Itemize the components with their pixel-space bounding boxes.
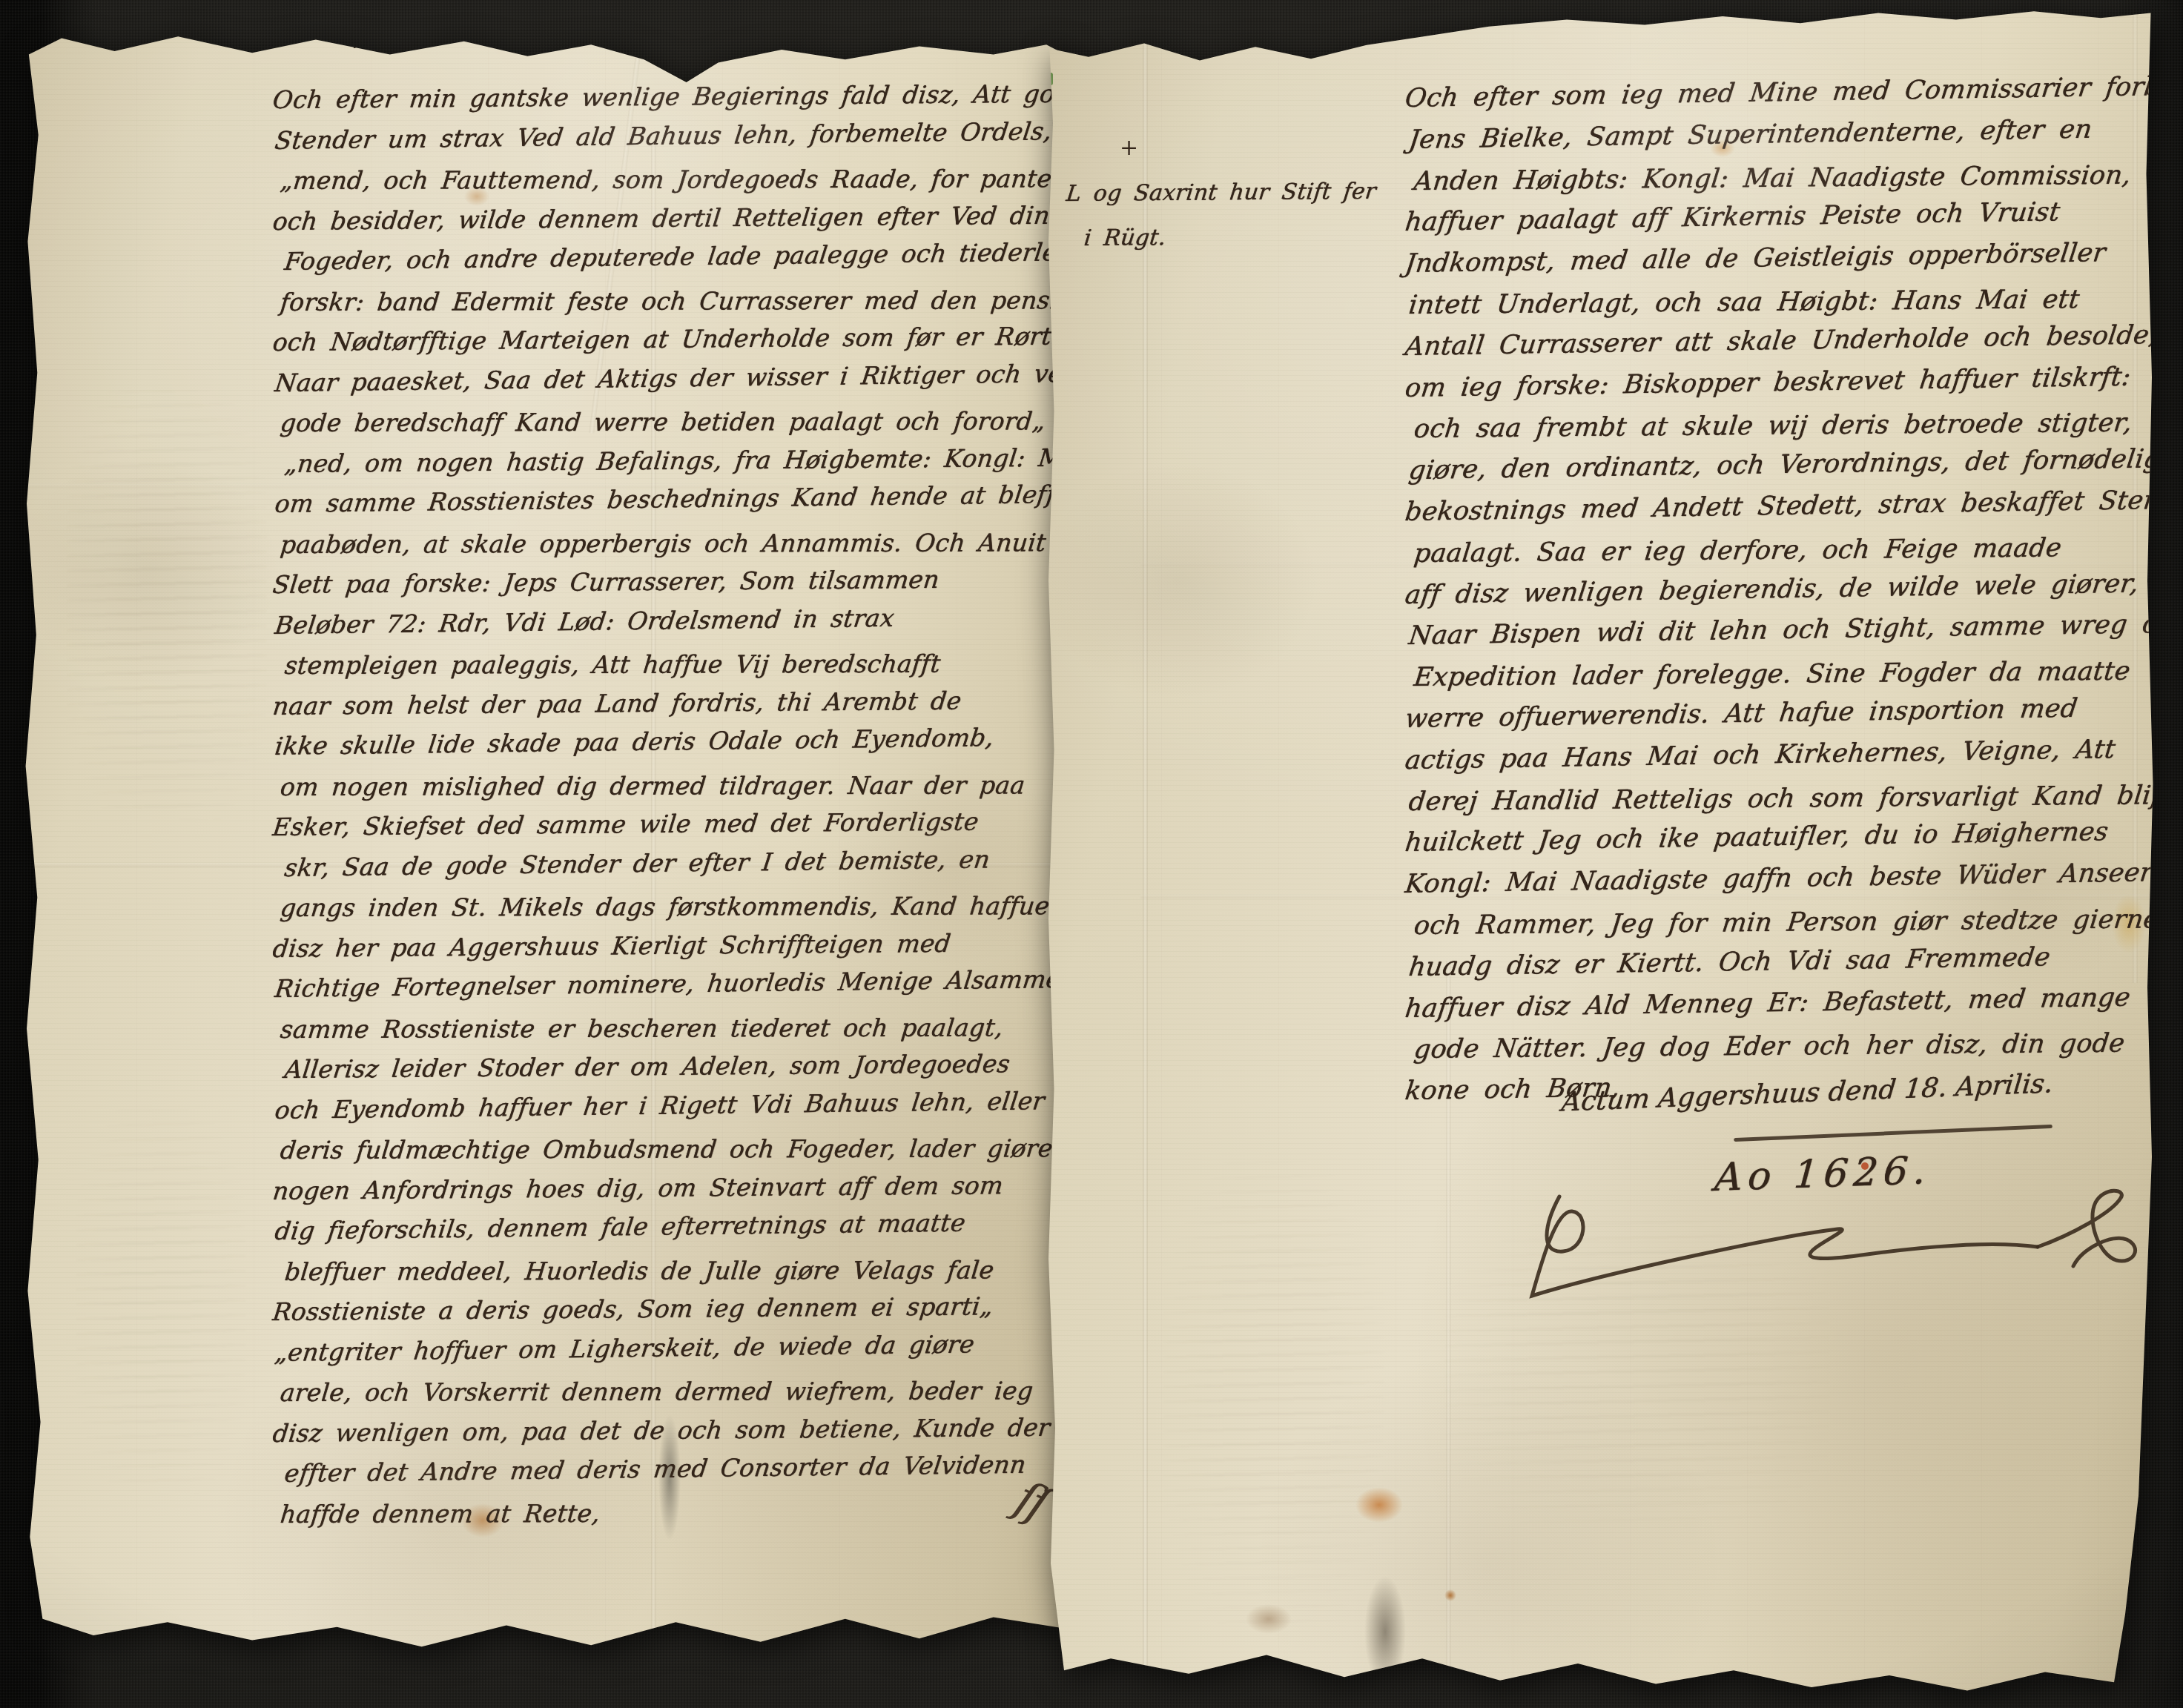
rust-dot [1444,1589,1456,1601]
margin-note-line: i Rügt. [1082,213,1418,261]
manuscript-line: bleffuer meddeel, Huorledis de Julle giø… [283,1250,1080,1292]
manuscript-line: haffde dennem at Rette, [278,1492,1080,1535]
manuscript-line: arele, och Vorskerrit dennem dermed wief… [278,1371,1080,1413]
right-page-text: Och efter som ieg med Mine med Commissar… [1405,79,2150,1113]
manuscript-line: stempleigen paaleggis, Att haffue Vij be… [283,643,1080,686]
repair-tape-strip [310,17,696,36]
right-page: + L og Saxrint hur Stift feri Rügt. Och … [1044,4,2156,1699]
manuscript-line: om nogen mislighed dig dermed tildrager.… [278,765,1080,807]
left-page: + Och efter min gantske wenlige Begierin… [19,12,1078,1652]
dateline-underline-stroke [1734,1125,2052,1142]
manuscript-line: gode beredschaff Kand werre betiden paal… [278,401,1080,443]
manuscript-line: paabøden, at skale opperbergis och Annam… [278,523,1080,565]
ink-showthrough [67,390,267,820]
ink-showthrough [1444,1220,1830,1532]
ink-showthrough [76,1109,246,1494]
brown-smudge-stain [1246,1604,1292,1634]
manuscript-line: gangs inden St. Mikels dags førstkommend… [278,886,1080,928]
manuscript-line: samme Rosstieniste er bescheren tiederet… [278,1007,1080,1050]
right-page-wrapper: + L og Saxrint hur Stift feri Rügt. Och … [1044,4,2156,1699]
left-page-text: Och efter min gantske wenlige Begierings… [273,80,1077,1535]
green-pigment-speck [1046,73,1053,85]
signature-paraph-flourish [1519,1183,2156,1339]
margin-note-line: L og Saxrint hur Stift fer [1064,169,1418,216]
dark-smudge-stain [1364,1576,1406,1687]
ink-showthrough [1163,1161,1385,1635]
rust-stain [1355,1487,1403,1523]
year-1626: Ao 1626. [1713,1148,1932,1200]
manuscript-line: deris fuldmæchtige Ombudsmend och Fogede… [278,1128,1080,1171]
margin-note-cross: + [1120,135,1138,161]
left-page-wrapper: + Och efter min gantske wenlige Begierin… [19,12,1078,1652]
manuscript-line: „mend, och Fauttemend, som Jordegoeds Ra… [278,159,1080,201]
manuscript-line: forskr: band Edermit feste och Currasser… [278,280,1080,322]
invocation-cross: + [344,25,366,55]
margin-note: L og Saxrint hur Stift feri Rügt. [1066,172,1415,261]
manuscript-scan: + Och efter min gantske wenlige Begierin… [0,0,2183,1708]
